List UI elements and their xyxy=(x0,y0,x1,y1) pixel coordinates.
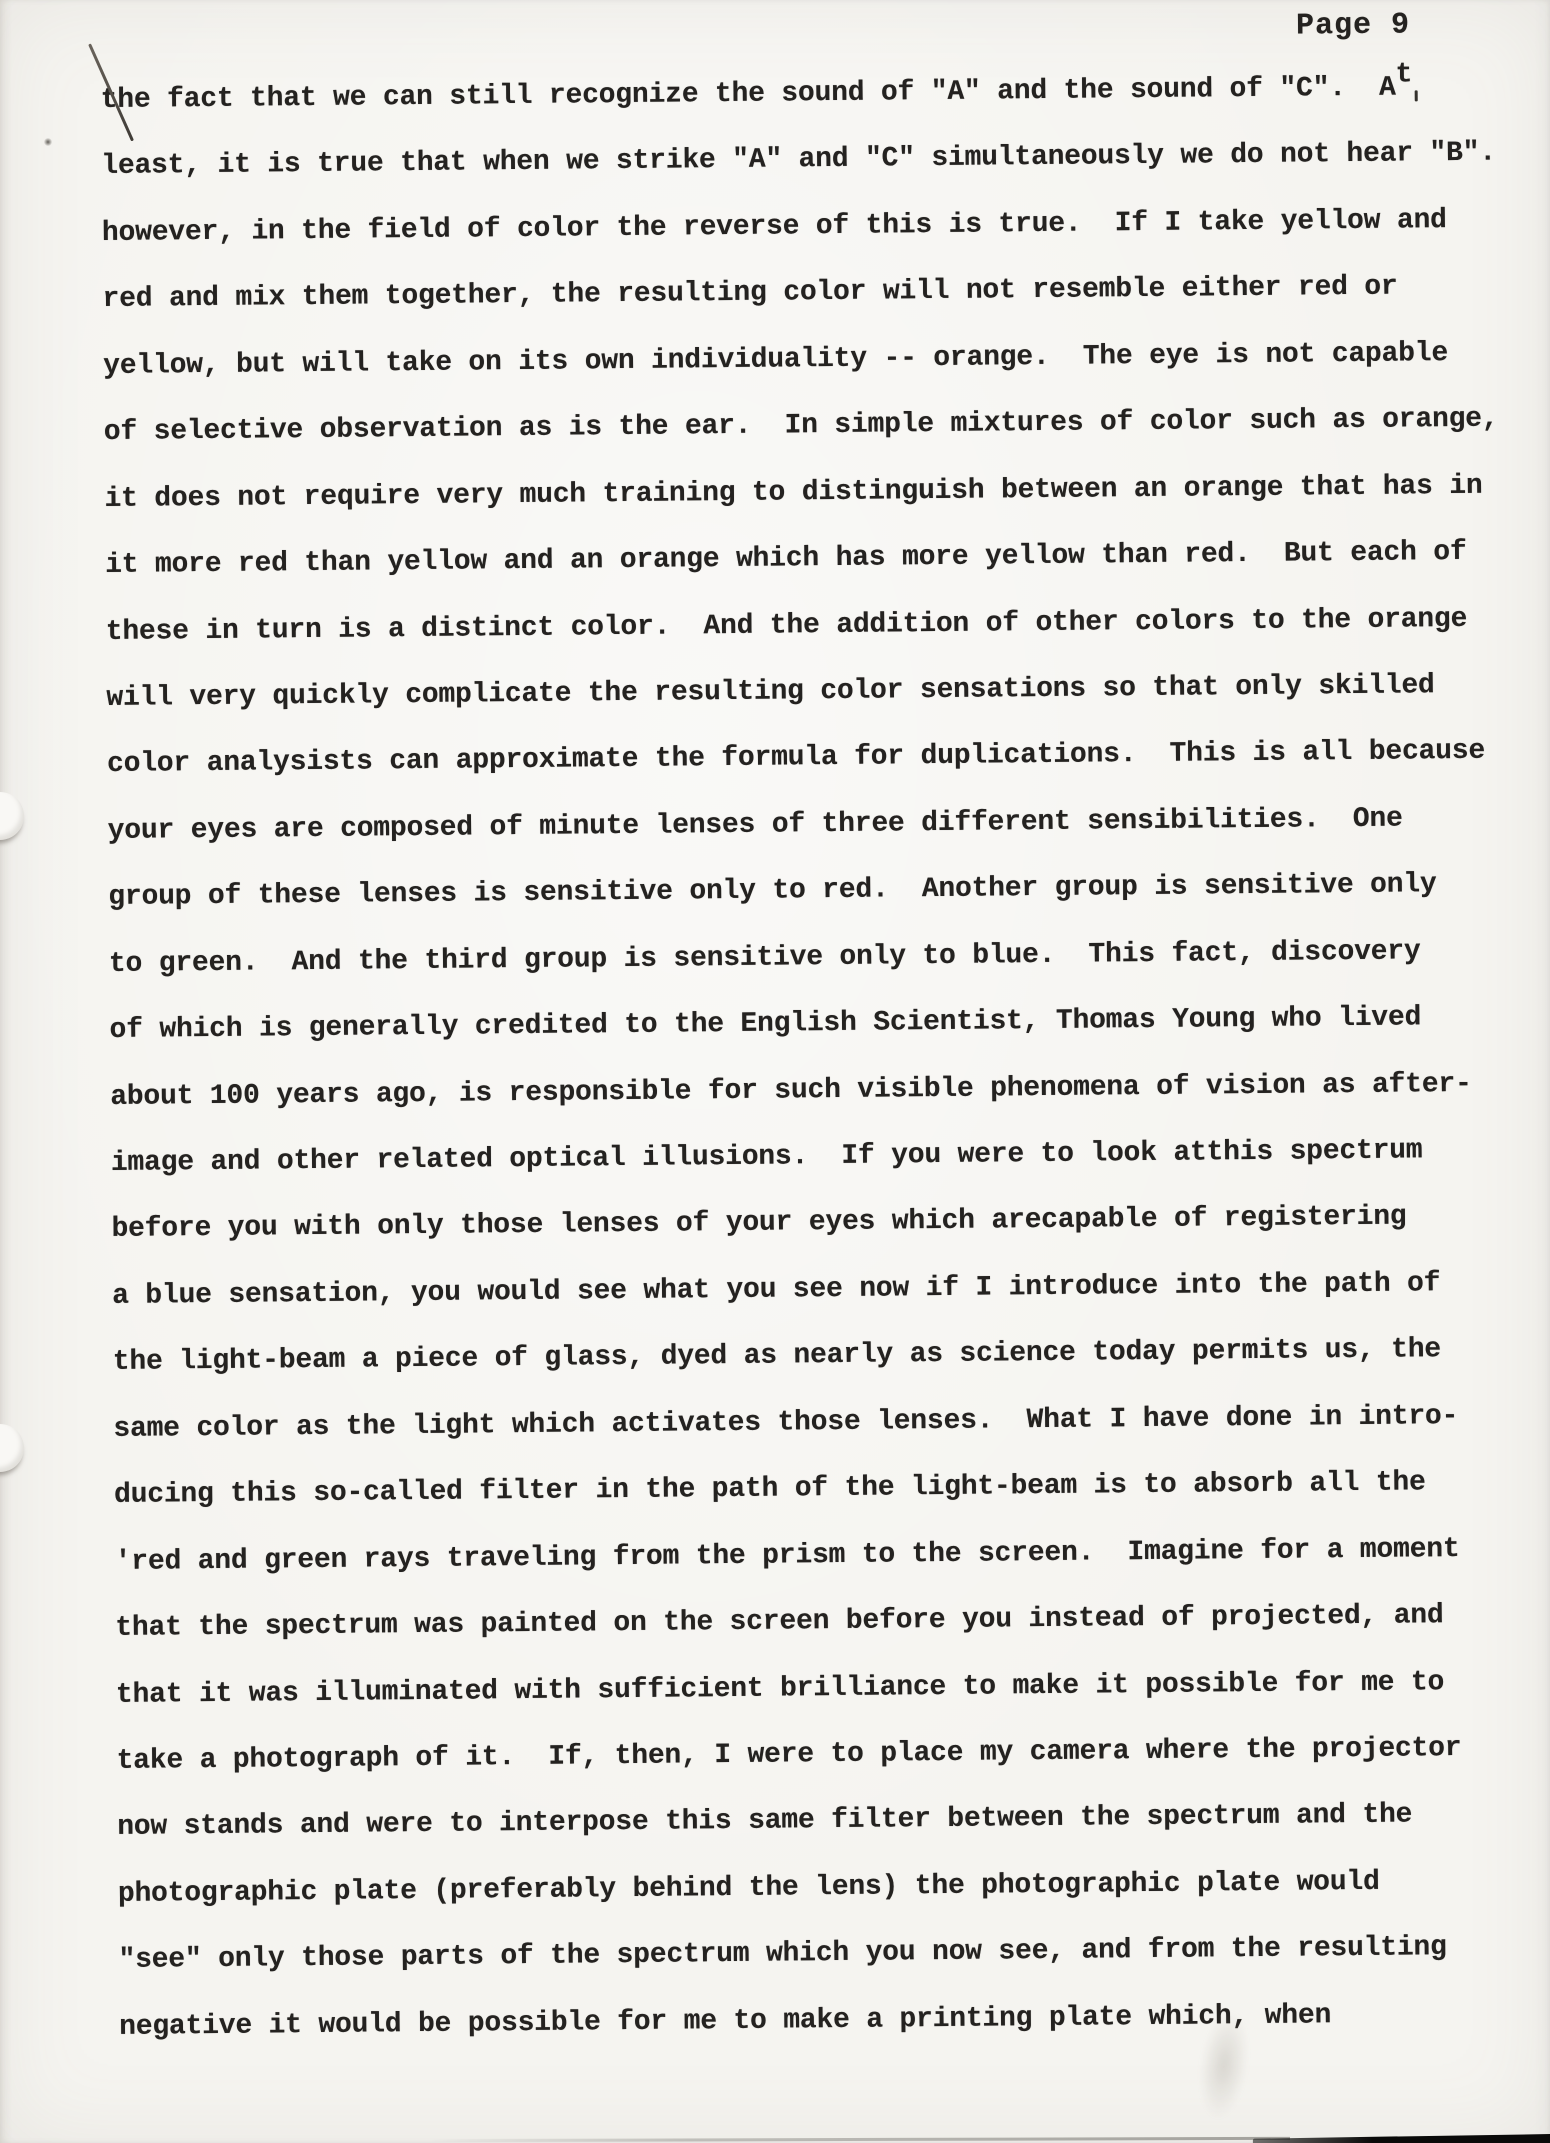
stray-mark xyxy=(1415,90,1418,101)
scanned-page: Page 9 the fact that we can still recogn… xyxy=(0,0,1550,2143)
page-number: Page 9 xyxy=(1296,8,1410,43)
pen-slash-end-dot xyxy=(44,138,52,146)
raised-overstrike-char: t xyxy=(1395,59,1412,90)
skewed-scan-content: Page 9 the fact that we can still recogn… xyxy=(0,0,1550,2143)
scan-edge-black-strip xyxy=(1253,2134,1550,2143)
text-line: negative it would be possible for me to … xyxy=(119,1994,1550,2074)
typewritten-text-block: the fact that we can still recognize the… xyxy=(100,67,1549,2074)
